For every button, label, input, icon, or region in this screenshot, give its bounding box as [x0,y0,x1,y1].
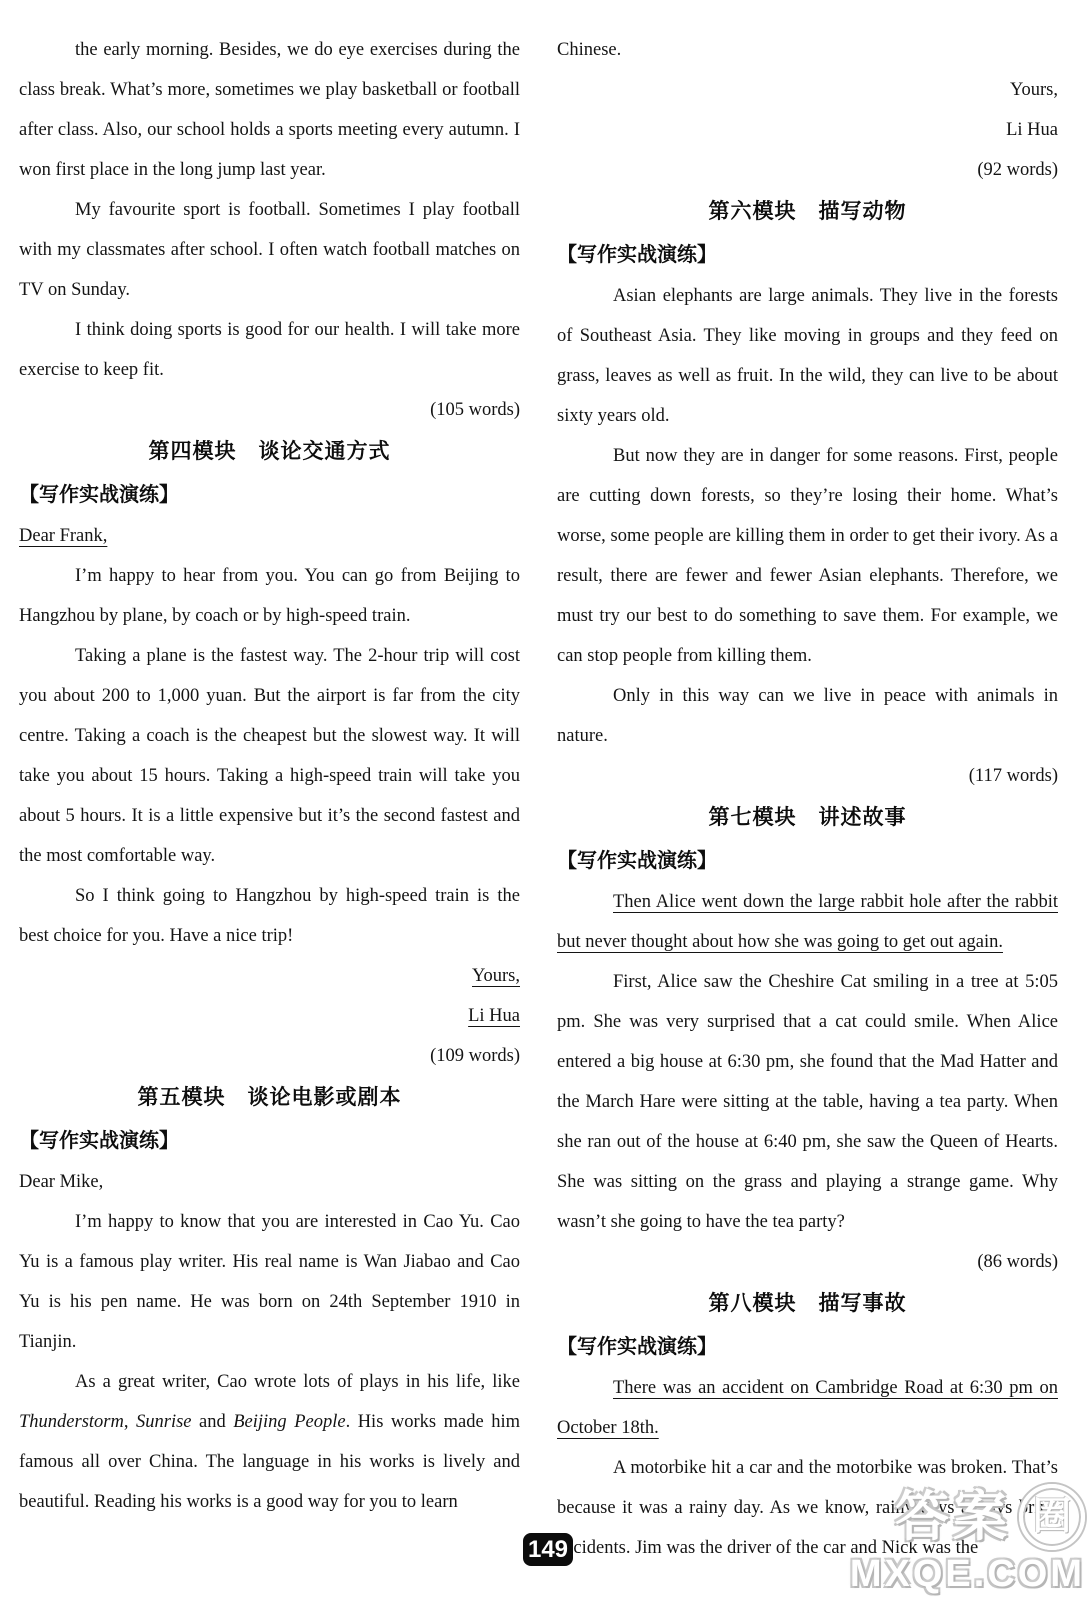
watermark-domain-text: MXQE.COM [850,1552,1085,1596]
module7-lead-sentence: Then Alice went down the large rabbit ho… [557,882,1058,962]
right-column: Chinese. Yours, Li Hua (92 words) 第六模块 描… [557,30,1058,1568]
module6-paragraph-3: Only in this way can we live in peace wi… [557,676,1058,756]
module5-signature-name: Li Hua [557,110,1058,150]
module7-practice-label: 【写作实战演练】 [557,840,1058,882]
module5-practice-label: 【写作实战演练】 [19,1120,520,1162]
page-number-badge: 149 [523,1533,573,1566]
paragraph-chinese-continuation: Chinese. [557,30,1058,70]
module5-paragraph-1: I’m happy to know that you are intereste… [19,1202,520,1362]
watermark-circle-character: 圈 [1019,1484,1085,1550]
watermark-logo-text: 答案 圈 [850,1484,1085,1550]
module4-title: 第四模块 谈论交通方式 [19,430,520,474]
module4-paragraph-1: I’m happy to hear from you. You can go f… [19,556,520,636]
module7-paragraph: First, Alice saw the Cheshire Cat smilin… [557,962,1058,1242]
module6-paragraph-2: But now they are in danger for some reas… [557,436,1058,676]
word-count-86: (86 words) [557,1242,1058,1282]
module6-practice-label: 【写作实战演练】 [557,234,1058,276]
watermark-characters: 答案 [895,1486,1011,1548]
module6-title: 第六模块 描写动物 [557,190,1058,234]
module7-title: 第七模块 讲述故事 [557,796,1058,840]
paragraph-sports-continuation-2: My favourite sport is football. Sometime… [19,190,520,310]
paragraph-sports-continuation-1: the early morning. Besides, we do eye ex… [19,30,520,190]
module6-paragraph-1: Asian elephants are large animals. They … [557,276,1058,436]
module4-signature-name: Li Hua [19,996,520,1036]
module5-title: 第五模块 谈论电影或剧本 [19,1076,520,1120]
module4-paragraph-2: Taking a plane is the fastest way. The 2… [19,636,520,876]
module5-salutation: Dear Mike, [19,1162,520,1202]
module8-practice-label: 【写作实战演练】 [557,1326,1058,1368]
paragraph-sports-continuation-3: I think doing sports is good for our hea… [19,310,520,390]
module4-practice-label: 【写作实战演练】 [19,474,520,516]
module4-signature-yours: Yours, [19,956,520,996]
word-count-105: (105 words) [19,390,520,430]
module4-paragraph-3: So I think going to Hangzhou by high-spe… [19,876,520,956]
watermark: 答案 圈 MXQE.COM [850,1484,1085,1596]
left-column: the early morning. Besides, we do eye ex… [19,30,520,1522]
module8-title: 第八模块 描写事故 [557,1282,1058,1326]
module5-paragraph-2: As a great writer, Cao wrote lots of pla… [19,1362,520,1522]
module5-signature-yours: Yours, [557,70,1058,110]
module8-lead-sentence: There was an accident on Cambridge Road … [557,1368,1058,1448]
word-count-117: (117 words) [557,756,1058,796]
word-count-109: (109 words) [19,1036,520,1076]
module4-salutation: Dear Frank, [19,516,520,556]
word-count-92: (92 words) [557,150,1058,190]
